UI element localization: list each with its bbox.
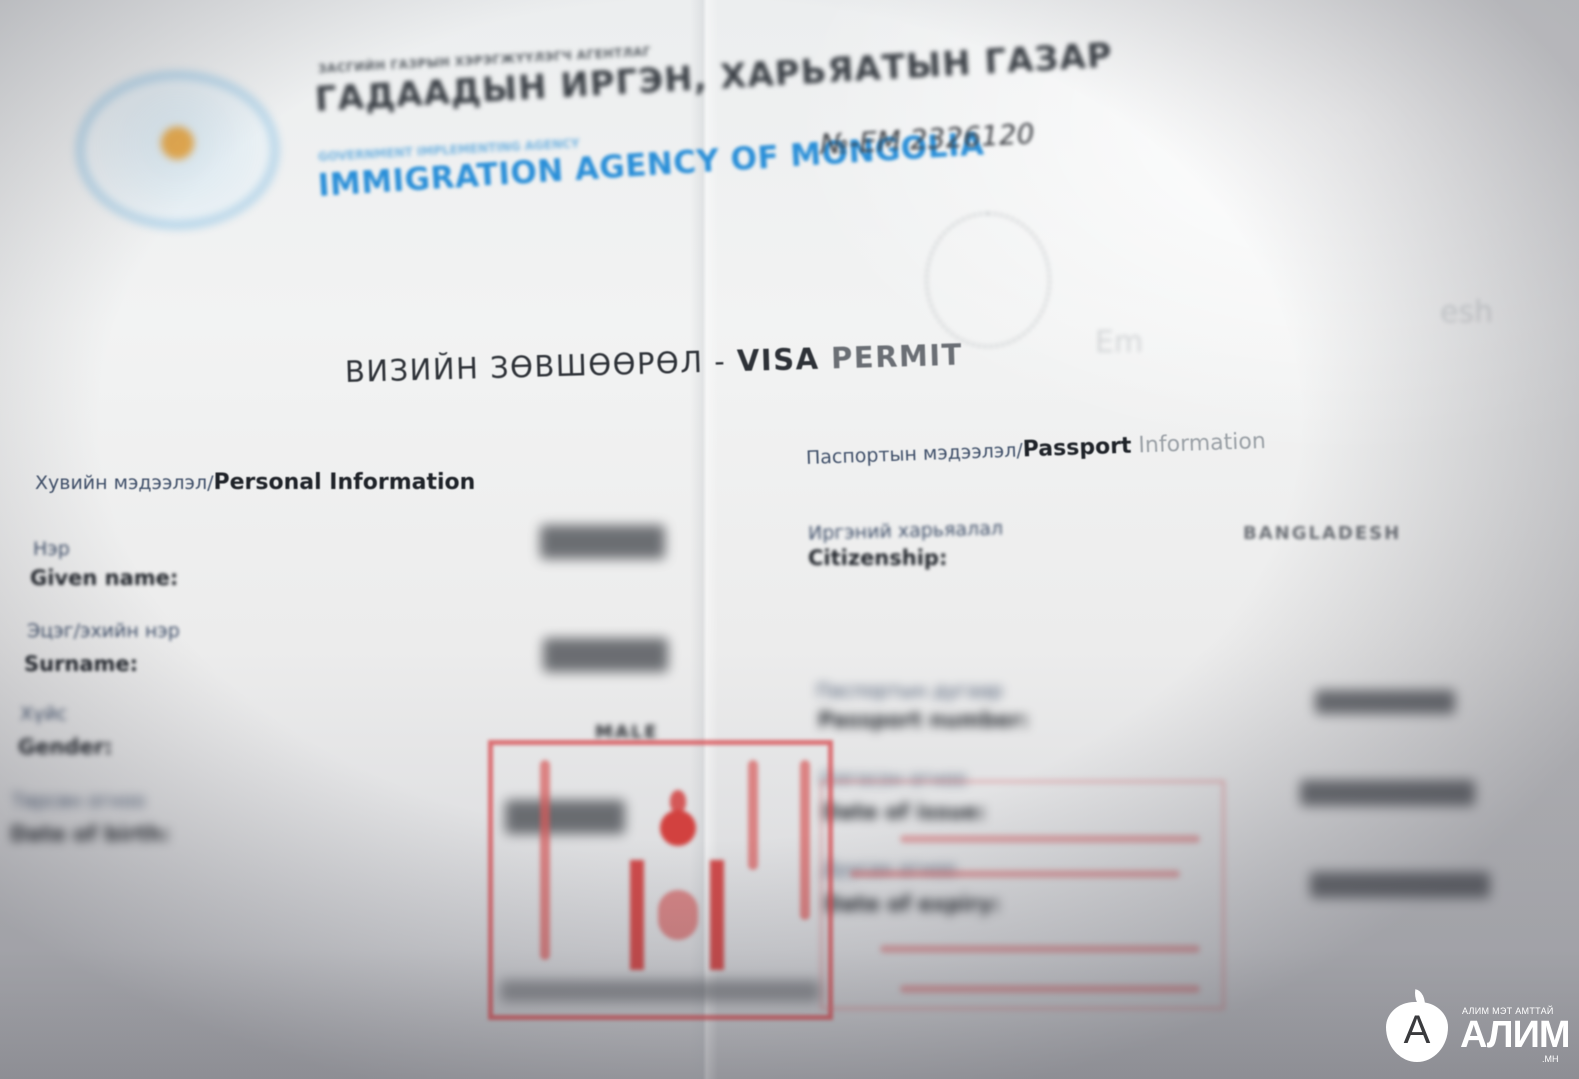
title-en: VISA [736,341,831,378]
secondary-red-stamp [820,780,1225,1010]
heading-mn: Хувийн мэдээлэл/ [35,472,214,494]
gender-label: Gender: [18,735,112,759]
passport-number-value-redacted [1315,690,1455,714]
soyombo-emblem-icon [640,790,720,970]
gender-label-mn: Хүйс [20,703,67,725]
personal-info-heading: Хувийн мэдээлэл/Personal Information [35,470,475,495]
dob-label-mn: Төрсөн огноо [12,790,145,812]
expiry-date-value-redacted [1310,872,1490,898]
surname-label: Surname: [24,652,138,676]
issue-date-value-redacted [1300,780,1475,806]
watermark-brand: АЛИМ [1460,1014,1570,1057]
passport-number-label: Passport number: [818,708,1029,732]
mongolian-script-icon [800,760,810,920]
mongolian-script-icon [540,760,550,960]
title-en-faint: PERMIT [831,338,964,376]
given-name-label-mn: Нэр [33,538,70,560]
surname-value-redacted [543,638,668,672]
stamp-text-line [880,945,1200,953]
surname-label-mn: Эцэг/эхийн нэр [27,620,180,642]
citizenship-label: Citizenship: [808,546,947,570]
stamp-text-line [900,985,1200,993]
given-name-value-redacted [540,525,665,559]
heading-en: Passport [1022,434,1132,463]
faint-background-text: Em [1095,325,1143,360]
agency-emblem-icon [75,70,280,230]
stamp-text-line [900,835,1200,843]
given-name-label: Given name: [30,566,178,590]
faint-round-stamp-icon [925,212,1051,348]
citizenship-value: BANGLADESH [1243,523,1401,544]
heading-en-faint: Information [1131,429,1266,459]
stamp-caption-text [500,980,820,1002]
watermark-tld: .МН [1542,1054,1559,1064]
mongolian-script-icon [748,760,758,870]
stamp-text-line [850,870,1180,878]
passport-number-label-mn: Паспортын дугаар [816,680,1003,702]
watermark-letter: А [1386,1008,1448,1053]
faint-background-text: esh [1440,295,1493,330]
dob-label: Date of birth: [10,822,170,846]
alim-watermark-logo: А АЛИМ МЭТ АМТТАЙ АЛИМ .МН [1382,988,1572,1068]
heading-en: Personal Information [214,470,476,495]
